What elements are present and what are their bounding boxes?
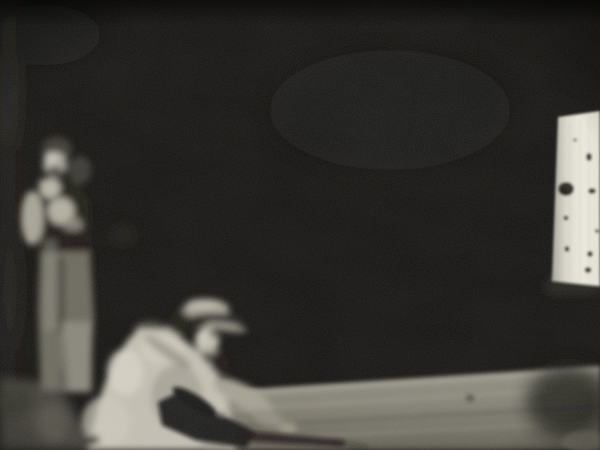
- film-still-image: [0, 0, 600, 450]
- screenshot-root: [0, 0, 600, 450]
- top-edge-shadow: [0, 0, 600, 26]
- vignette-overlay: [0, 0, 600, 450]
